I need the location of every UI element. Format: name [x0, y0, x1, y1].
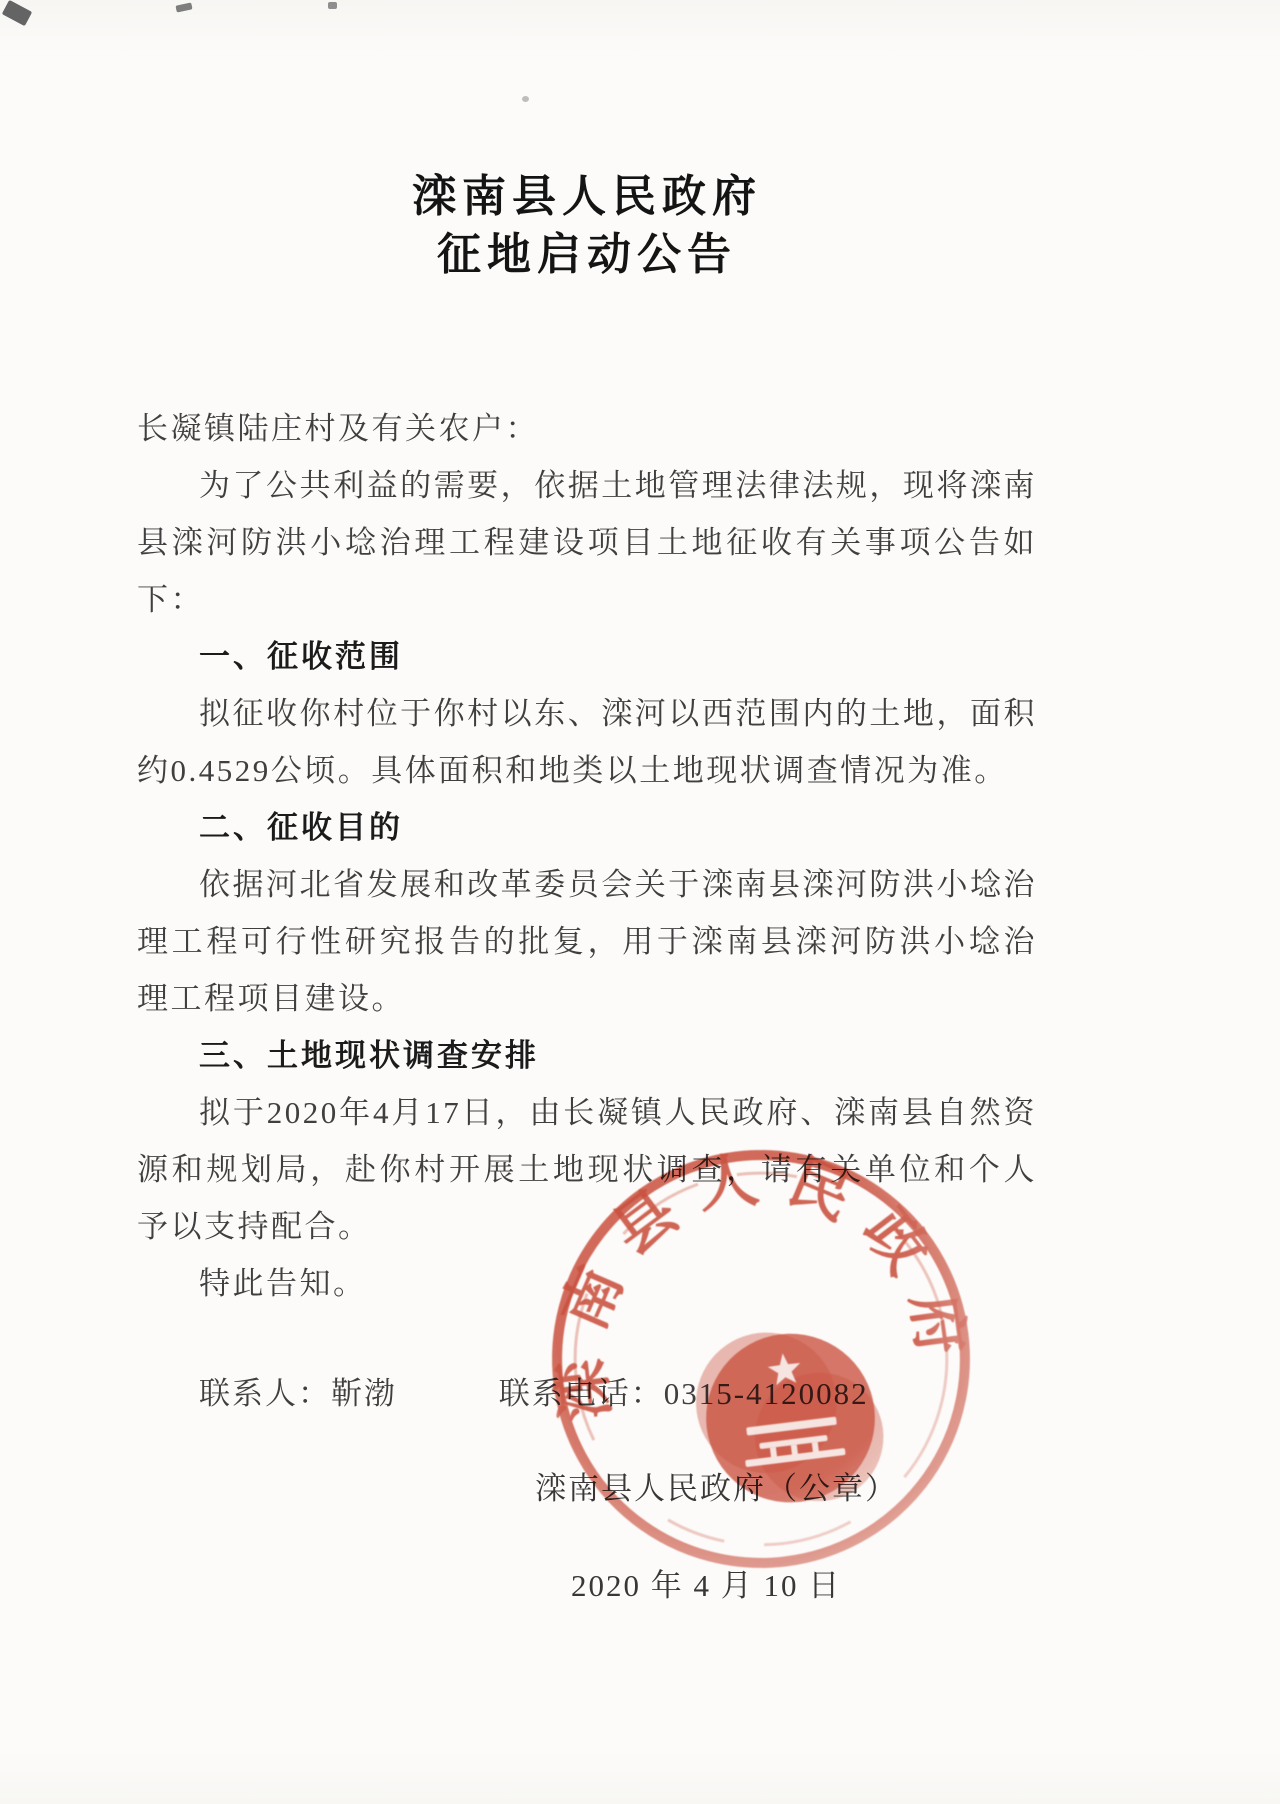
- issue-date: 2020 年 4 月 10 日: [571, 1560, 1037, 1605]
- section-1-paragraph: 拟征收你村位于你村以东、滦河以西范围内的土地，面积约0.4529公顷。具体面积和…: [137, 685, 1037, 799]
- section-2-heading: 二、征收目的: [137, 799, 1037, 856]
- closing-notice: 特此告知。: [137, 1255, 1037, 1312]
- intro-paragraph: 为了公共利益的需要，依据土地管理法律法规，现将滦南县滦河防洪小埝治理工程建设项目…: [137, 457, 1037, 628]
- contact-phone: 联系电话：0315-4120082: [499, 1376, 869, 1411]
- document-title-line2: 征地启动公告: [137, 226, 1037, 284]
- scan-artifact: [328, 2, 337, 9]
- document-body: 长凝镇陆庄村及有关农户： 为了公共利益的需要，依据土地管理法律法规，现将滦南县滦…: [137, 400, 1037, 1312]
- document-content: 滦南县人民政府 征地启动公告 长凝镇陆庄村及有关农户： 为了公共利益的需要，依据…: [0, 0, 1280, 1605]
- section-3-paragraph: 拟于2020年4月17日，由长凝镇人民政府、滦南县自然资源和规划局，赴你村开展土…: [137, 1084, 1037, 1255]
- scan-artifact: [522, 96, 529, 102]
- section-3-heading: 三、土地现状调查安排: [137, 1027, 1037, 1084]
- scanned-document-page: 滦南县人民政府 征地启动公告 长凝镇陆庄村及有关农户： 为了公共利益的需要，依据…: [0, 0, 1280, 1804]
- issuer-signature: 滦南县人民政府（公章）: [535, 1463, 1037, 1508]
- salutation: 长凝镇陆庄村及有关农户：: [137, 400, 1037, 457]
- section-1-heading: 一、征收范围: [137, 628, 1037, 685]
- contact-line: 联系人：靳渤 联系电话：0315-4120082: [137, 1368, 1037, 1413]
- contact-person: 联系人：靳渤: [199, 1376, 397, 1411]
- document-title-line1: 滦南县人民政府: [137, 168, 1037, 226]
- section-2-paragraph: 依据河北省发展和改革委员会关于滦南县滦河防洪小埝治理工程可行性研究报告的批复，用…: [137, 856, 1037, 1027]
